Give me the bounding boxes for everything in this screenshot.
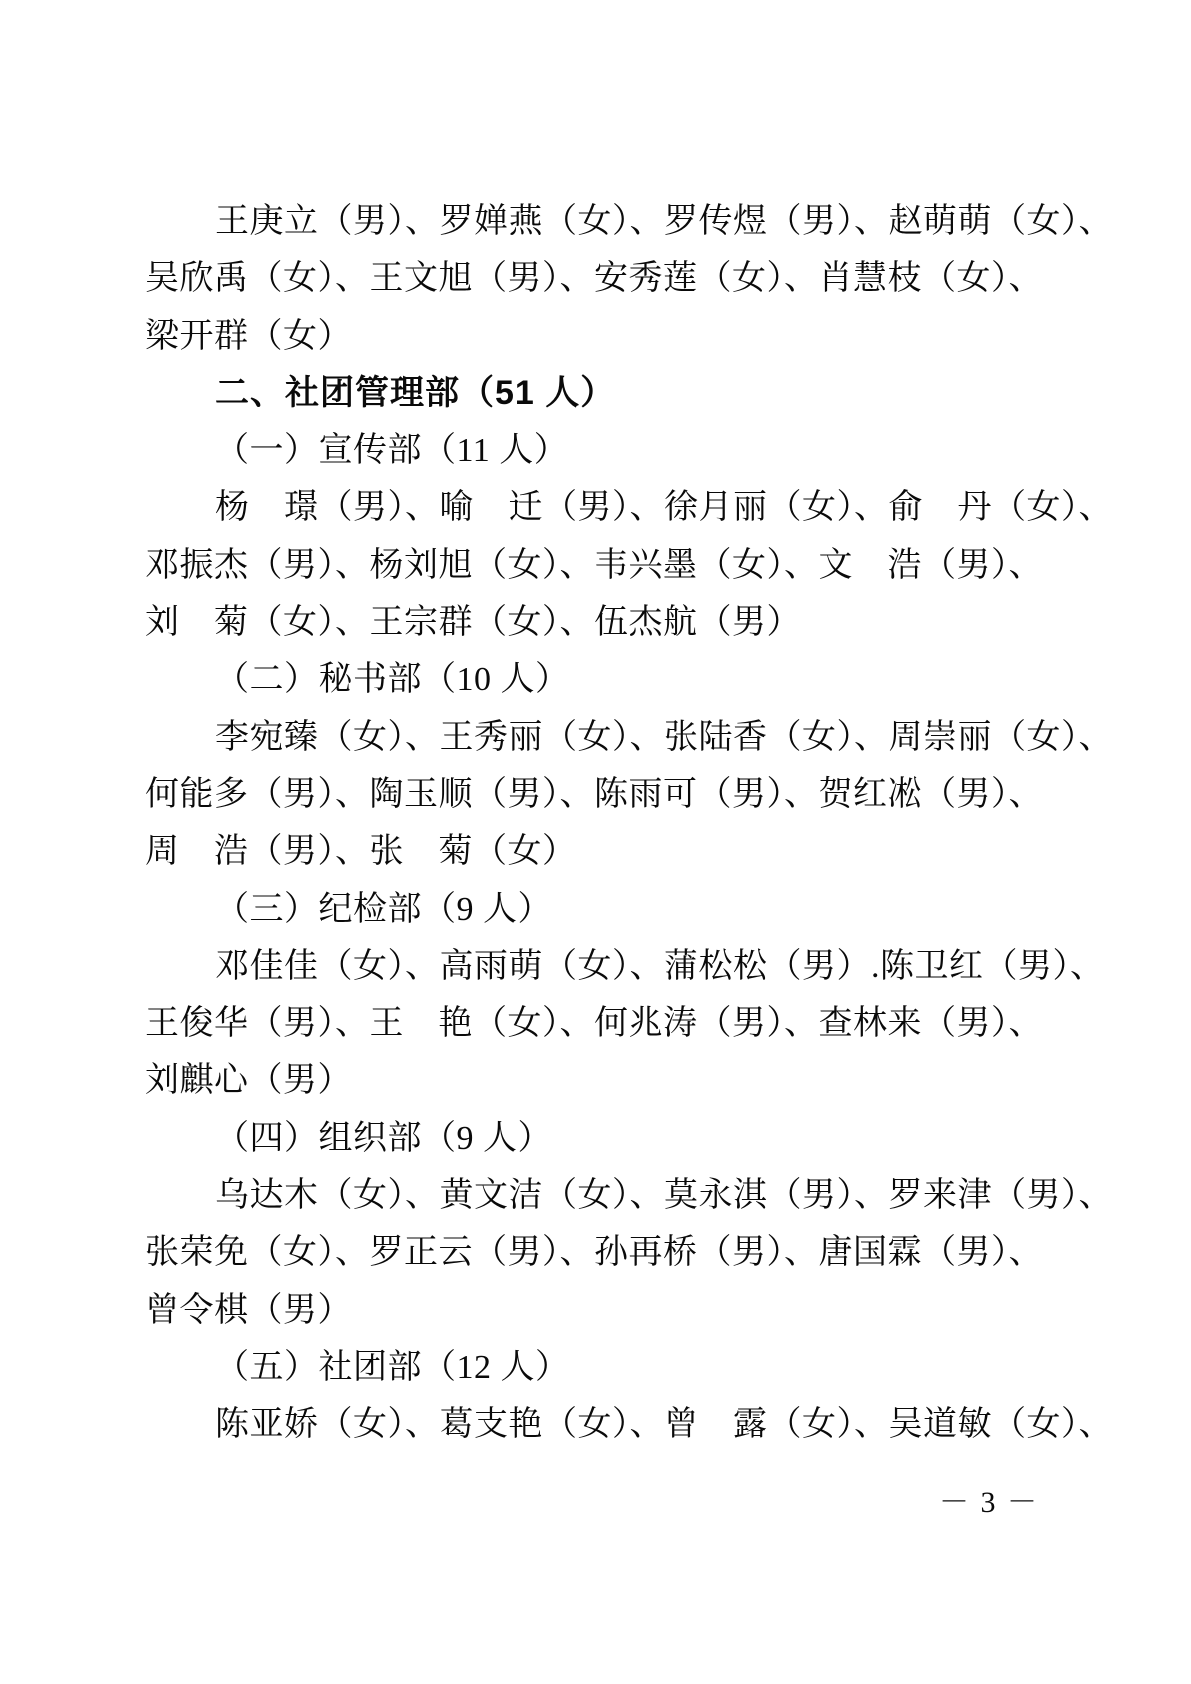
document-body: 王庚立（男）、罗婵燕（女）、罗传煜（男）、赵萌萌（女）、 吴欣禹（女）、王文旭（… [145, 193, 1055, 1454]
section-heading: 二、社团管理部（51 人） [145, 365, 1055, 422]
body-line: 吴欣禹（女）、王文旭（男）、安秀莲（女）、肖慧枝（女）、 [145, 250, 1055, 307]
subsection-heading: （二）秘书部（10 人） [145, 651, 1055, 708]
subsection-heading: （五）社团部（12 人） [145, 1339, 1055, 1396]
body-line: 王俊华（男）、王 艳（女）、何兆涛（男）、查林来（男）、 [145, 995, 1055, 1052]
body-line: 刘麒心（男） [145, 1052, 1055, 1109]
subsection-heading: （一）宣传部（11 人） [145, 422, 1055, 479]
body-line: 梁开群（女） [145, 308, 1055, 365]
body-line: 杨 璟（男）、喻 迁（男）、徐月丽（女）、俞 丹（女）、 [145, 479, 1055, 536]
body-line: 周 浩（男）、张 菊（女） [145, 823, 1055, 880]
body-line: 张荣免（女）、罗正云（男）、孙再桥（男）、唐国霖（男）、 [145, 1224, 1055, 1281]
document-page: 王庚立（男）、罗婵燕（女）、罗传煜（男）、赵萌萌（女）、 吴欣禹（女）、王文旭（… [0, 0, 1191, 1684]
subsection-heading: （三）纪检部（9 人） [145, 881, 1055, 938]
body-line: 曾令棋（男） [145, 1282, 1055, 1339]
body-line: 邓振杰（男）、杨刘旭（女）、韦兴墨（女）、文 浩（男）、 [145, 537, 1055, 594]
body-line: 李宛臻（女）、王秀丽（女）、张陆香（女）、周崇丽（女）、 [145, 709, 1055, 766]
body-line: 陈亚娇（女）、葛支艳（女）、曾 露（女）、吴道敏（女）、 [145, 1396, 1055, 1453]
page-number: － 3 － [939, 1477, 1039, 1521]
body-line: 刘 菊（女）、王宗群（女）、伍杰航（男） [145, 594, 1055, 651]
body-line: 乌达木（女）、黄文洁（女）、莫永淇（男）、罗来津（男）、 [145, 1167, 1055, 1224]
body-line: 邓佳佳（女）、高雨萌（女）、蒲松松（男）.陈卫红（男）、 [145, 938, 1055, 995]
body-line: 何能多（男）、陶玉顺（男）、陈雨可（男）、贺红凇（男）、 [145, 766, 1055, 823]
subsection-heading: （四）组织部（9 人） [145, 1110, 1055, 1167]
body-line: 王庚立（男）、罗婵燕（女）、罗传煜（男）、赵萌萌（女）、 [145, 193, 1055, 250]
